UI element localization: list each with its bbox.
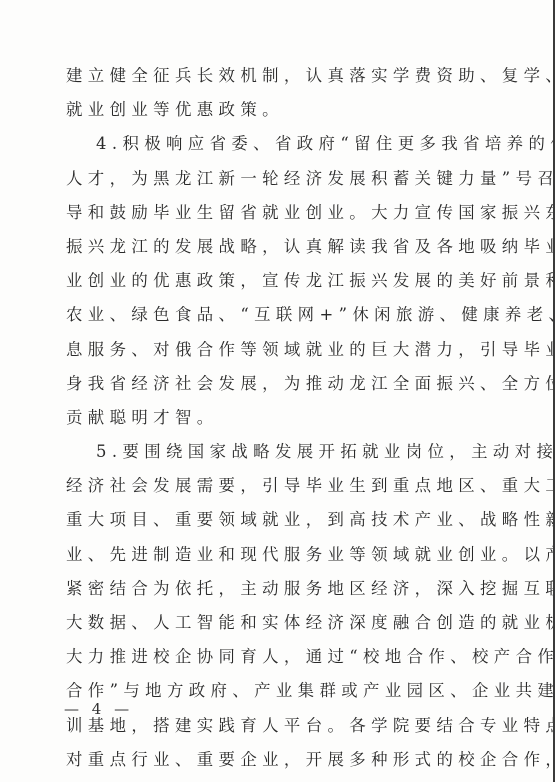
document-page: 建立健全征兵长效机制，认真落实学费资助、复学、升学、 就业创业等优惠政策。 4.… [0,0,553,782]
text-line: 农业、绿色食品、“互联网+”休闲旅游、健康养老、信 [66,298,451,332]
text-line: 导和鼓励毕业生留省就业创业。大力宣传国家振兴东北、 [66,196,451,230]
paragraph-4-start: 4.积极响应省委、省政府“留住更多我省培养的优秀 [66,127,451,161]
text-line: 大力推进校企协同育人，通过“校地合作、校产合作、校企 [66,640,451,674]
text-line: 重大项目、重要领域就业，到高技术产业、战略性新兴产 [66,503,451,537]
page-number: — 4 — [64,700,133,718]
text-line: 业、先进制造业和现代服务业等领域就业创业。以产学研 [66,538,451,572]
text-line: 经济社会发展需要，引导毕业生到重点地区、重大工程、 [66,469,451,503]
text-line: 业创业的优惠政策，宣传龙江振兴发展的美好前景和现代 [66,264,451,298]
text-line: 息服务、对俄合作等领域就业的巨大潜力，引导毕业生投 [66,333,451,367]
text-line: 建立健全征兵长效机制，认真落实学费资助、复学、升学、 [66,59,451,93]
text-line: 人才，为黑龙江新一轮经济发展积蓄关键力量”号召，引 [66,162,451,196]
text-line: 身我省经济社会发展，为推动龙江全面振兴、全方位振兴 [66,367,451,401]
text-line: 对重点行业、重要企业，开展多种形式的校企合作，加大 [66,743,451,777]
text-line: 大数据、人工智能和实体经济深度融合创造的就业机会。 [66,606,451,640]
paragraph-5-start: 5.要围绕国家战略发展开拓就业岗位，主动对接国家 [66,435,451,469]
body-text: 建立健全征兵长效机制，认真落实学费资助、复学、升学、 就业创业等优惠政策。 4.… [66,59,451,777]
text-line: 振兴龙江的发展战略，认真解读我省及各地吸纳毕业生就 [66,230,451,264]
text-line: 紧密结合为依托，主动服务地区经济，深入挖掘互联网、 [66,572,451,606]
text-line: 贡献聪明才智。 [66,401,451,435]
text-line: 就业创业等优惠政策。 [66,93,451,127]
